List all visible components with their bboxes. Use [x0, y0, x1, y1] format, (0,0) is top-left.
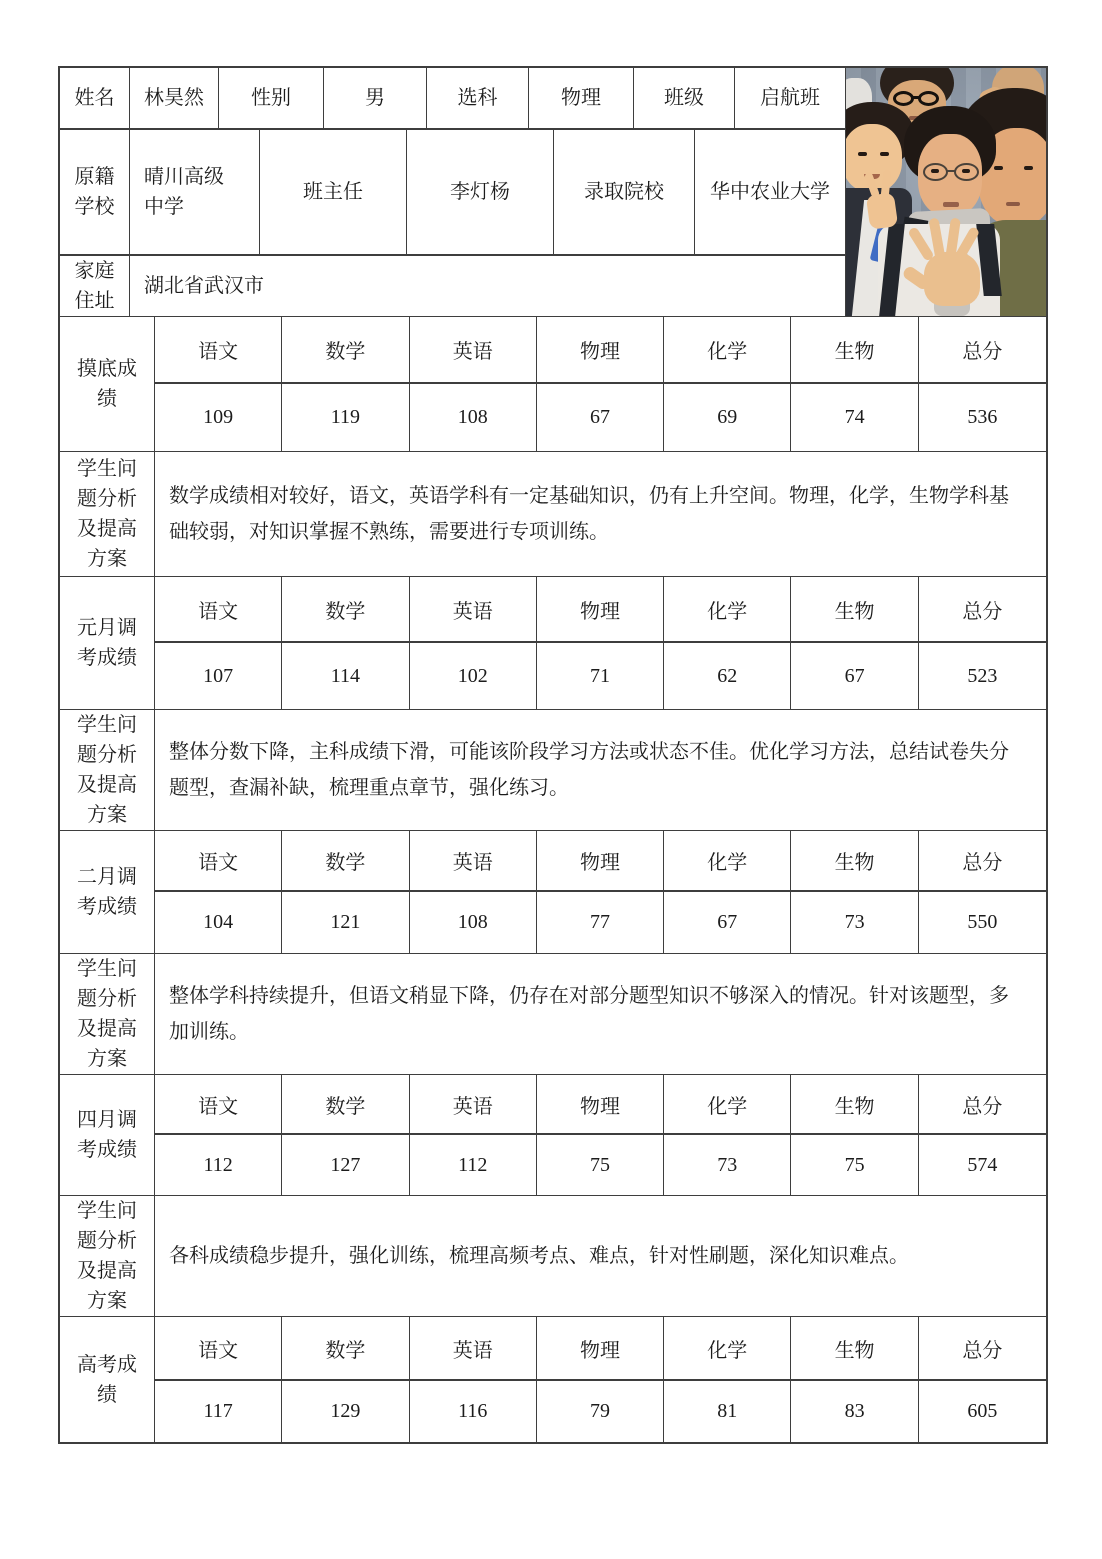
subject-header: 物理	[537, 577, 664, 643]
photo-hand	[924, 252, 980, 306]
analysis-section: 学生问题分析及提高方案 数学成绩相对较好，语文，英语学科有一定基础知识，仍有上升…	[60, 451, 1046, 576]
score-section-april: 四月调考成绩 语文 数学 英语 物理 化学 生物 总分 112 127 112 …	[60, 1074, 1046, 1195]
analysis-text: 整体学科持续提升，但语文稍显下降，仍存在对部分题型知识不够深入的情况。针对该题型…	[155, 954, 1046, 1074]
student-photo	[846, 68, 1046, 316]
photo-shape	[962, 169, 970, 173]
subject-header: 物理	[537, 317, 664, 384]
subject-header: 语文	[155, 831, 282, 892]
info-row-basic: 姓名 林昊然 性别 男 选科 物理 班级 启航班	[60, 68, 846, 130]
info-row-school: 原籍学校 晴川高级中学 班主任 李灯杨 录取院校 华中农业大学	[60, 130, 846, 256]
subject-header: 生物	[791, 1075, 918, 1135]
subject-header: 总分	[919, 1075, 1046, 1135]
subject-header: 语文	[155, 1317, 282, 1381]
subject-header: 语文	[155, 317, 282, 384]
score-value: 536	[919, 384, 1046, 451]
score-value: 116	[410, 1381, 537, 1442]
photo-shape	[931, 169, 939, 173]
score-value: 81	[664, 1381, 791, 1442]
score-value: 107	[155, 643, 282, 709]
subject-header: 生物	[791, 577, 918, 643]
photo-shape	[858, 152, 867, 156]
score-section-diagnostic: 摸底成绩 语文 数学 英语 物理 化学 生物 总分 109 119 108 67…	[60, 316, 1046, 451]
score-value: 67	[537, 384, 664, 451]
analysis-section: 学生问题分析及提高方案 整体分数下降，主科成绩下滑，可能该阶段学习方法或状态不佳…	[60, 709, 1046, 830]
subject-header: 英语	[410, 1317, 537, 1381]
score-value: 69	[664, 384, 791, 451]
subject-header: 物理	[537, 1317, 664, 1381]
score-section-label: 四月调考成绩	[60, 1075, 155, 1195]
elective-value: 物理	[529, 68, 634, 128]
subject-header: 物理	[537, 1075, 664, 1135]
student-info-grid: 姓名 林昊然 性别 男 选科 物理 班级 启航班 原籍学校 晴川高级中学 班主任…	[60, 68, 846, 316]
score-value: 75	[537, 1135, 664, 1195]
score-section-february: 二月调考成绩 语文 数学 英语 物理 化学 生物 总分 104 121 108 …	[60, 830, 1046, 953]
subject-header: 生物	[791, 1317, 918, 1381]
subject-header: 总分	[919, 317, 1046, 384]
photo-shape	[1024, 166, 1033, 170]
class-label: 班级	[634, 68, 735, 128]
origin-school-label: 原籍学校	[60, 130, 130, 254]
score-value: 74	[791, 384, 918, 451]
subject-header: 化学	[664, 577, 791, 643]
photo-shape	[912, 96, 920, 99]
admission-label: 录取院校	[554, 130, 695, 254]
score-value: 112	[155, 1135, 282, 1195]
analysis-label: 学生问题分析及提高方案	[60, 710, 155, 830]
score-value: 77	[537, 892, 664, 953]
address-label: 家庭住址	[60, 256, 130, 316]
score-value: 119	[282, 384, 409, 451]
score-value: 127	[282, 1135, 409, 1195]
score-value: 83	[791, 1381, 918, 1442]
address-value: 湖北省武汉市	[130, 256, 846, 316]
score-value: 121	[282, 892, 409, 953]
subject-header: 英语	[410, 317, 537, 384]
score-value: 79	[537, 1381, 664, 1442]
score-value: 550	[919, 892, 1046, 953]
admission-value: 华中农业大学	[695, 130, 846, 254]
subject-header: 总分	[919, 831, 1046, 892]
analysis-text: 各科成绩稳步提升，强化训练，梳理高频考点、难点，针对性刷题，深化知识难点。	[155, 1196, 1046, 1316]
subject-header: 化学	[664, 831, 791, 892]
photo-hand	[866, 192, 898, 230]
subject-header: 总分	[919, 1317, 1046, 1381]
subject-header: 总分	[919, 577, 1046, 643]
analysis-label: 学生问题分析及提高方案	[60, 452, 155, 576]
score-value: 109	[155, 384, 282, 451]
subject-header: 语文	[155, 1075, 282, 1135]
photo-shape	[946, 170, 956, 172]
score-value: 129	[282, 1381, 409, 1442]
subject-header: 生物	[791, 831, 918, 892]
subject-header: 英语	[410, 577, 537, 643]
score-value: 73	[664, 1135, 791, 1195]
analysis-section: 学生问题分析及提高方案 各科成绩稳步提升，强化训练，梳理高频考点、难点，针对性刷…	[60, 1195, 1046, 1316]
score-section-label: 高考成绩	[60, 1317, 155, 1442]
score-value: 104	[155, 892, 282, 953]
subject-header: 数学	[282, 831, 409, 892]
name-label: 姓名	[60, 68, 130, 128]
subject-header: 物理	[537, 831, 664, 892]
score-value: 67	[664, 892, 791, 953]
score-section-label: 摸底成绩	[60, 317, 155, 451]
student-record-table: 姓名 林昊然 性别 男 选科 物理 班级 启航班 原籍学校 晴川高级中学 班主任…	[58, 66, 1048, 1444]
photo-shape	[1006, 202, 1020, 206]
score-value: 73	[791, 892, 918, 953]
score-value: 71	[537, 643, 664, 709]
subject-header: 英语	[410, 831, 537, 892]
subject-header: 数学	[282, 1075, 409, 1135]
score-value: 112	[410, 1135, 537, 1195]
subject-header: 英语	[410, 1075, 537, 1135]
student-info-block: 姓名 林昊然 性别 男 选科 物理 班级 启航班 原籍学校 晴川高级中学 班主任…	[60, 68, 1046, 316]
origin-school-value: 晴川高级中学	[130, 130, 260, 254]
score-value: 102	[410, 643, 537, 709]
score-value: 108	[410, 892, 537, 953]
score-value: 62	[664, 643, 791, 709]
subject-header: 化学	[664, 1075, 791, 1135]
score-section-gaokao: 高考成绩 语文 数学 英语 物理 化学 生物 总分 117 129 116 79…	[60, 1316, 1046, 1442]
subject-header: 化学	[664, 317, 791, 384]
score-value: 114	[282, 643, 409, 709]
score-value: 605	[919, 1381, 1046, 1442]
score-value: 75	[791, 1135, 918, 1195]
head-teacher-label: 班主任	[260, 130, 407, 254]
gender-value: 男	[324, 68, 427, 128]
score-value: 117	[155, 1381, 282, 1442]
info-row-address: 家庭住址 湖北省武汉市	[60, 256, 846, 316]
class-value: 启航班	[735, 68, 846, 128]
score-value: 108	[410, 384, 537, 451]
photo-glasses	[918, 91, 939, 106]
photo-glasses	[893, 91, 914, 106]
analysis-label: 学生问题分析及提高方案	[60, 1196, 155, 1316]
subject-header: 数学	[282, 317, 409, 384]
subject-header: 语文	[155, 577, 282, 643]
score-section-label: 元月调考成绩	[60, 577, 155, 709]
photo-shape	[880, 152, 889, 156]
analysis-section: 学生问题分析及提高方案 整体学科持续提升，但语文稍显下降，仍存在对部分题型知识不…	[60, 953, 1046, 1074]
score-value: 523	[919, 643, 1046, 709]
gender-label: 性别	[219, 68, 324, 128]
analysis-text: 整体分数下降，主科成绩下滑，可能该阶段学习方法或状态不佳。优化学习方法，总结试卷…	[155, 710, 1046, 830]
subject-header: 生物	[791, 317, 918, 384]
page: { "doc": { "info": { "name_label": "姓名",…	[0, 0, 1102, 1559]
subject-header: 数学	[282, 1317, 409, 1381]
score-value: 574	[919, 1135, 1046, 1195]
analysis-label: 学生问题分析及提高方案	[60, 954, 155, 1074]
name-value: 林昊然	[130, 68, 219, 128]
elective-label: 选科	[427, 68, 529, 128]
analysis-text: 数学成绩相对较好，语文，英语学科有一定基础知识，仍有上升空间。物理，化学，生物学…	[155, 452, 1046, 576]
subject-header: 数学	[282, 577, 409, 643]
photo-shape	[994, 166, 1003, 170]
score-section-label: 二月调考成绩	[60, 831, 155, 953]
score-section-january: 元月调考成绩 语文 数学 英语 物理 化学 生物 总分 107 114 102 …	[60, 576, 1046, 709]
score-value: 67	[791, 643, 918, 709]
head-teacher-value: 李灯杨	[407, 130, 554, 254]
photo-shape	[943, 202, 959, 207]
subject-header: 化学	[664, 1317, 791, 1381]
